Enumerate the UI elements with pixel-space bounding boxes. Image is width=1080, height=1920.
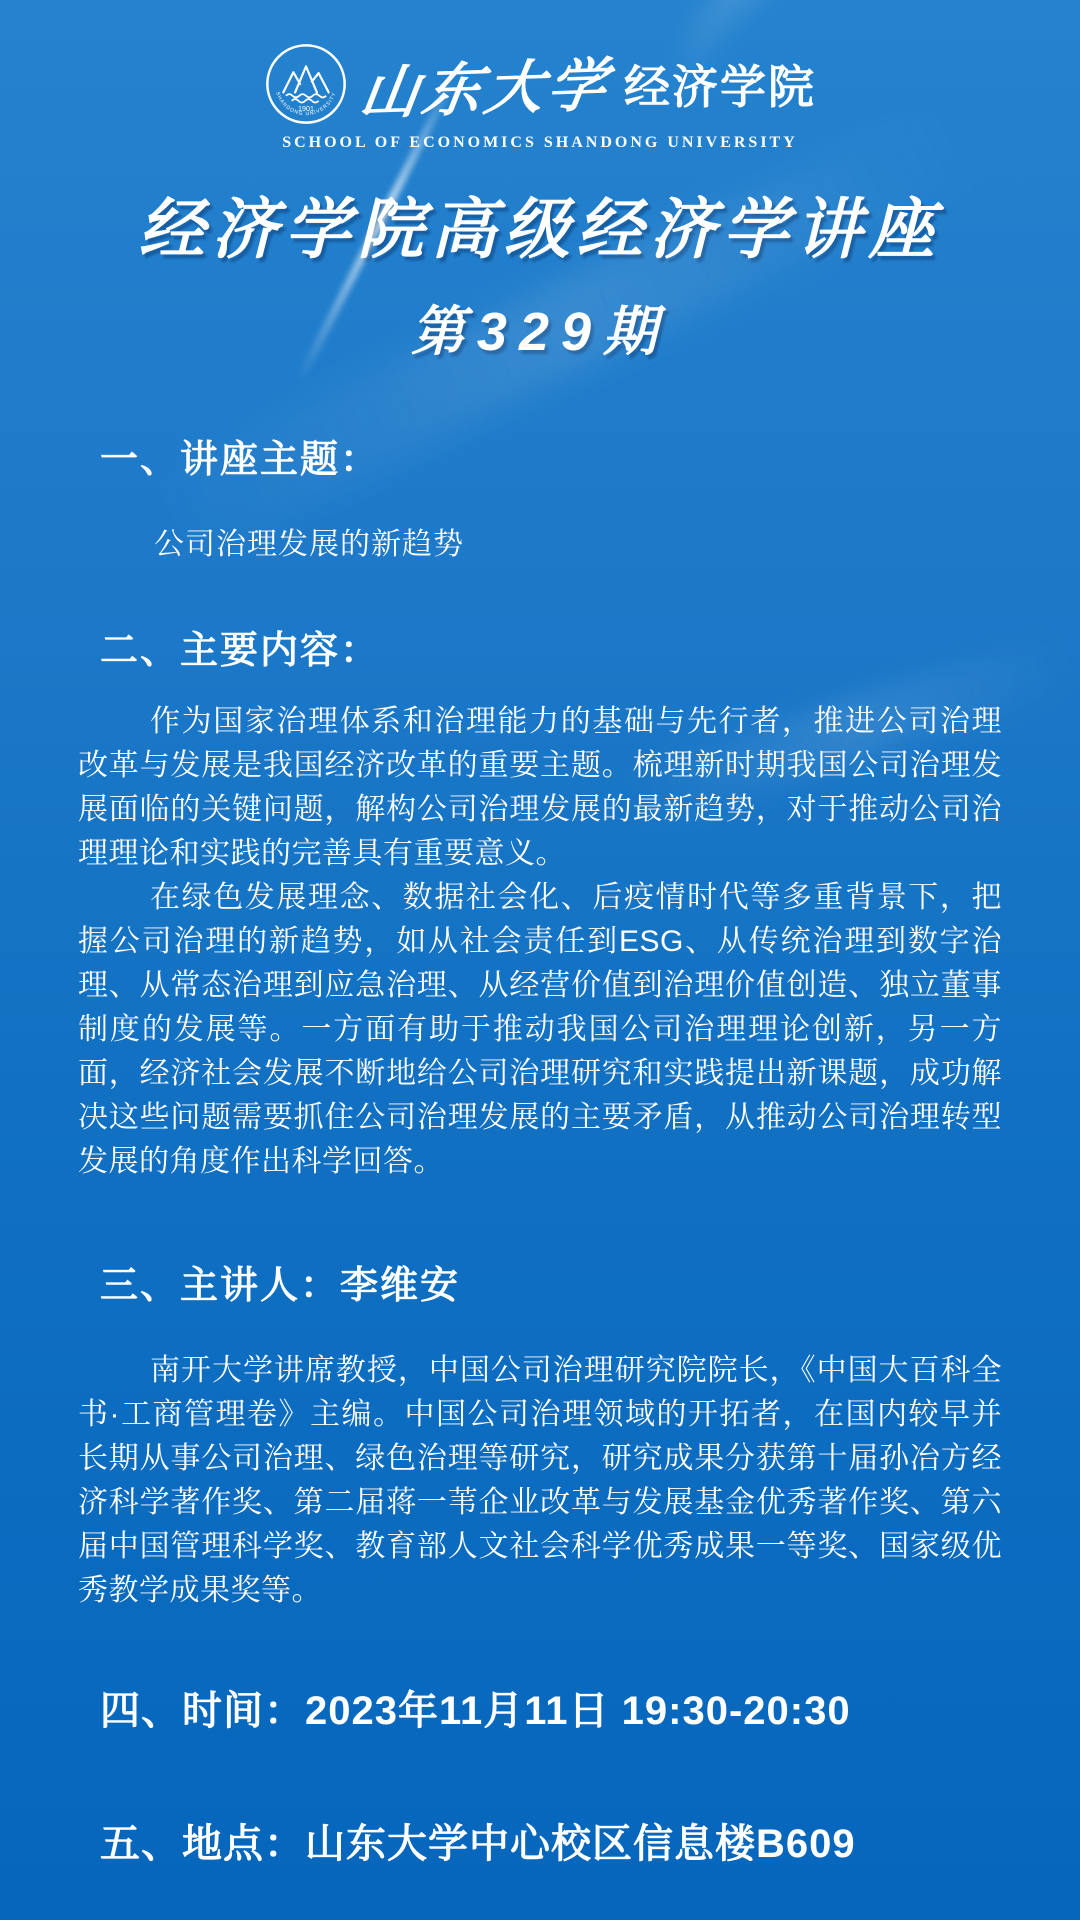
section-main-content: 二、主要内容： 作为国家治理体系和治理能力的基础与先行者，推进公司治理改革与发展… bbox=[78, 619, 1002, 1184]
logo-row: 1901 SHANDONG UNIVERSITY 山东大学 经济学院 bbox=[0, 42, 1080, 126]
speaker-heading-label: 三、主讲人： bbox=[100, 1265, 340, 1307]
lecture-series-title: 经济学院高级经济学讲座 bbox=[40, 176, 1040, 271]
location-label: 五、地点： bbox=[100, 1822, 305, 1866]
section-speaker: 三、主讲人：李维安 南开大学讲席教授，中国公司治理研究院院长，《中国大百科全书·… bbox=[78, 1254, 1002, 1613]
section-topic: 一、讲座主题： 公司治理发展的新趋势 bbox=[78, 428, 1002, 563]
issue-number: 第329期 bbox=[0, 289, 1080, 366]
content-paragraph-2: 在绿色发展理念、数据社会化、后疫情时代等多重背景下，把握公司治理的新趋势，如从社… bbox=[78, 876, 1002, 1184]
poster-body: 一、讲座主题： 公司治理发展的新趋势 二、主要内容： 作为国家治理体系和治理能力… bbox=[0, 428, 1080, 1869]
location-value: 山东大学中心校区信息楼B609 bbox=[305, 1822, 856, 1866]
seal-wave-2 bbox=[292, 99, 319, 102]
lecture-topic: 公司治理发展的新趋势 bbox=[78, 519, 1002, 563]
english-name: SCHOOL OF ECONOMICS SHANDONG UNIVERSITY bbox=[0, 134, 1080, 152]
time-label: 四、时间： bbox=[100, 1689, 305, 1733]
lecture-poster: 1901 SHANDONG UNIVERSITY 山东大学 经济学院 SCHOO… bbox=[0, 0, 1080, 1920]
section-content-heading: 二、主要内容： bbox=[78, 619, 1002, 674]
seal-mountains bbox=[283, 66, 328, 92]
content-paragraph-1: 作为国家治理体系和治理能力的基础与先行者，推进公司治理改革与发展是我国经济改革的… bbox=[78, 700, 1002, 876]
section-topic-heading: 一、讲座主题： bbox=[78, 428, 1002, 483]
university-seal-icon: 1901 SHANDONG UNIVERSITY bbox=[264, 42, 348, 126]
speaker-name: 李维安 bbox=[340, 1265, 460, 1307]
seal-wave-1 bbox=[286, 94, 326, 97]
university-name-calligraphy: 山东大学 bbox=[355, 38, 616, 131]
speaker-bio: 南开大学讲席教授，中国公司治理研究院院长，《中国大百科全书·工商管理卷》主编。中… bbox=[78, 1349, 1002, 1613]
university-logo-header: 1901 SHANDONG UNIVERSITY 山东大学 经济学院 SCHOO… bbox=[0, 0, 1080, 152]
college-name: 经济学院 bbox=[624, 51, 816, 117]
time-value: 2023年11月11日 19:30-20:30 bbox=[305, 1689, 851, 1733]
section-location: 五、地点：山东大学中心校区信息楼B609 bbox=[78, 1812, 1002, 1869]
section-time: 四、时间：2023年11月11日 19:30-20:30 bbox=[78, 1679, 1002, 1736]
section-speaker-heading: 三、主讲人：李维安 bbox=[78, 1254, 1002, 1309]
